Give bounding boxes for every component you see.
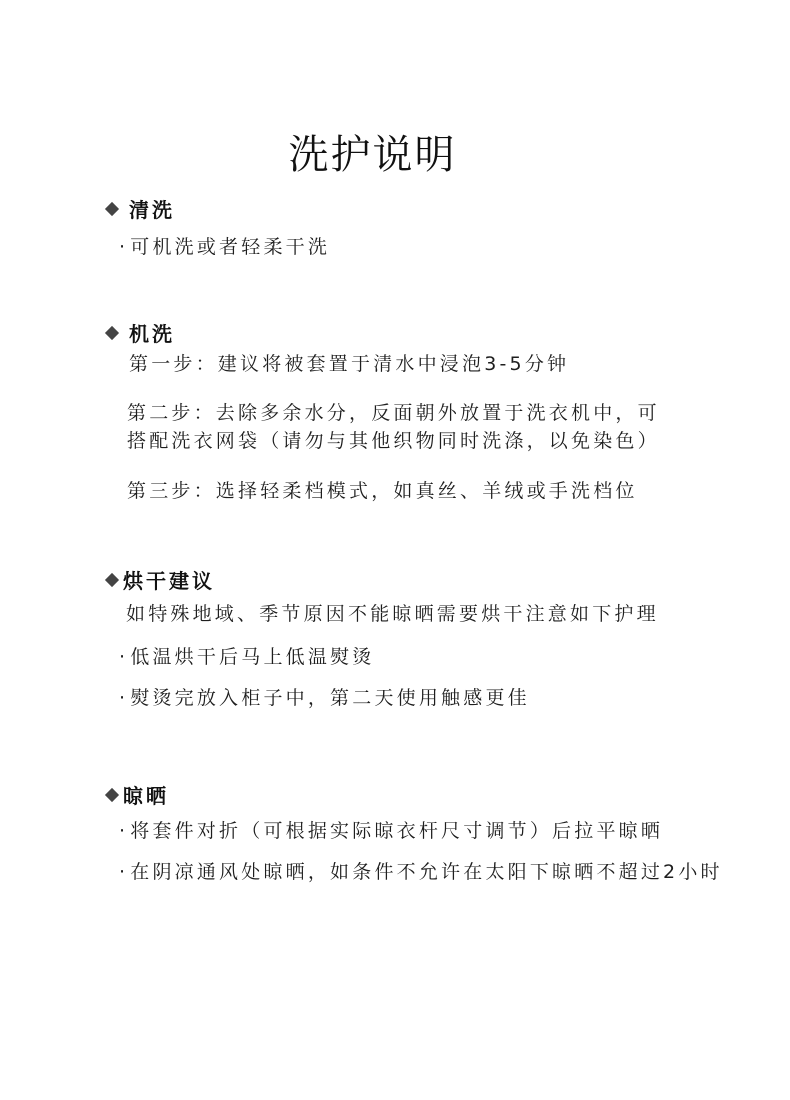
list-item-text: 低温烘干后马上低温熨烫 [130, 646, 374, 668]
section-heading-text: 机洗 [129, 318, 175, 347]
section-heading-text: 晾晒 [123, 780, 169, 809]
list-item: ·可机洗或者轻柔干洗 [119, 232, 330, 259]
list-item-text: 可机洗或者轻柔干洗 [130, 236, 330, 258]
step-text: 第一步：建议将被套置于清水中浸泡3-5分钟 [129, 353, 569, 375]
bullet-dot: · [119, 687, 128, 709]
section-heading-text: 清洗 [129, 194, 175, 223]
diamond-icon [105, 201, 119, 215]
list-item: ·熨烫完放入柜子中，第二天使用触感更佳 [119, 683, 530, 710]
page-title: 洗护说明 [0, 123, 745, 180]
list-item-text: 在阴凉通风处晾晒，如条件不允许在太阳下晾晒不超过2小时 [130, 861, 723, 883]
bullet-dot: · [119, 646, 128, 668]
diamond-icon [105, 572, 119, 586]
step-text: 搭配洗衣网袋（请勿与其他织物同时洗涤，以免染色） [127, 430, 660, 452]
step-two-line-1: 第二步：去除多余水分，反面朝外放置于洗衣机中，可 [127, 398, 660, 425]
step-text: 第二步：去除多余水分，反面朝外放置于洗衣机中，可 [127, 402, 660, 424]
step-text: 第三步：选择轻柔档模式，如真丝、羊绒或手洗档位 [127, 480, 638, 502]
diamond-icon [105, 325, 119, 339]
section-heading-air-dry: 晾晒 [104, 780, 169, 809]
section-heading-machine-wash: 机洗 [104, 318, 175, 347]
list-item-text: 将套件对折（可根据实际晾衣杆尺寸调节）后拉平晾晒 [130, 820, 663, 842]
section-heading-drying: 烘干建议 [104, 565, 215, 594]
bullet-dot: · [119, 820, 128, 842]
section-heading-text: 烘干建议 [123, 565, 215, 594]
list-item-text: 如特殊地域、季节原因不能晾晒需要烘干注意如下护理 [126, 603, 659, 625]
step-three: 第三步：选择轻柔档模式，如真丝、羊绒或手洗档位 [127, 476, 638, 503]
diamond-icon [105, 787, 119, 801]
bullet-dot: · [119, 236, 128, 258]
list-item: ·将套件对折（可根据实际晾衣杆尺寸调节）后拉平晾晒 [119, 816, 663, 843]
step-two-line-2: 搭配洗衣网袋（请勿与其他织物同时洗涤，以免染色） [127, 426, 660, 453]
drying-intro: 如特殊地域、季节原因不能晾晒需要烘干注意如下护理 [126, 599, 659, 626]
list-item-text: 熨烫完放入柜子中，第二天使用触感更佳 [130, 687, 530, 709]
section-heading-cleaning: 清洗 [104, 194, 175, 223]
list-item: ·在阴凉通风处晾晒，如条件不允许在太阳下晾晒不超过2小时 [119, 857, 723, 884]
list-item: ·低温烘干后马上低温熨烫 [119, 642, 374, 669]
step-one: 第一步：建议将被套置于清水中浸泡3-5分钟 [129, 349, 569, 376]
bullet-dot: · [119, 861, 128, 883]
